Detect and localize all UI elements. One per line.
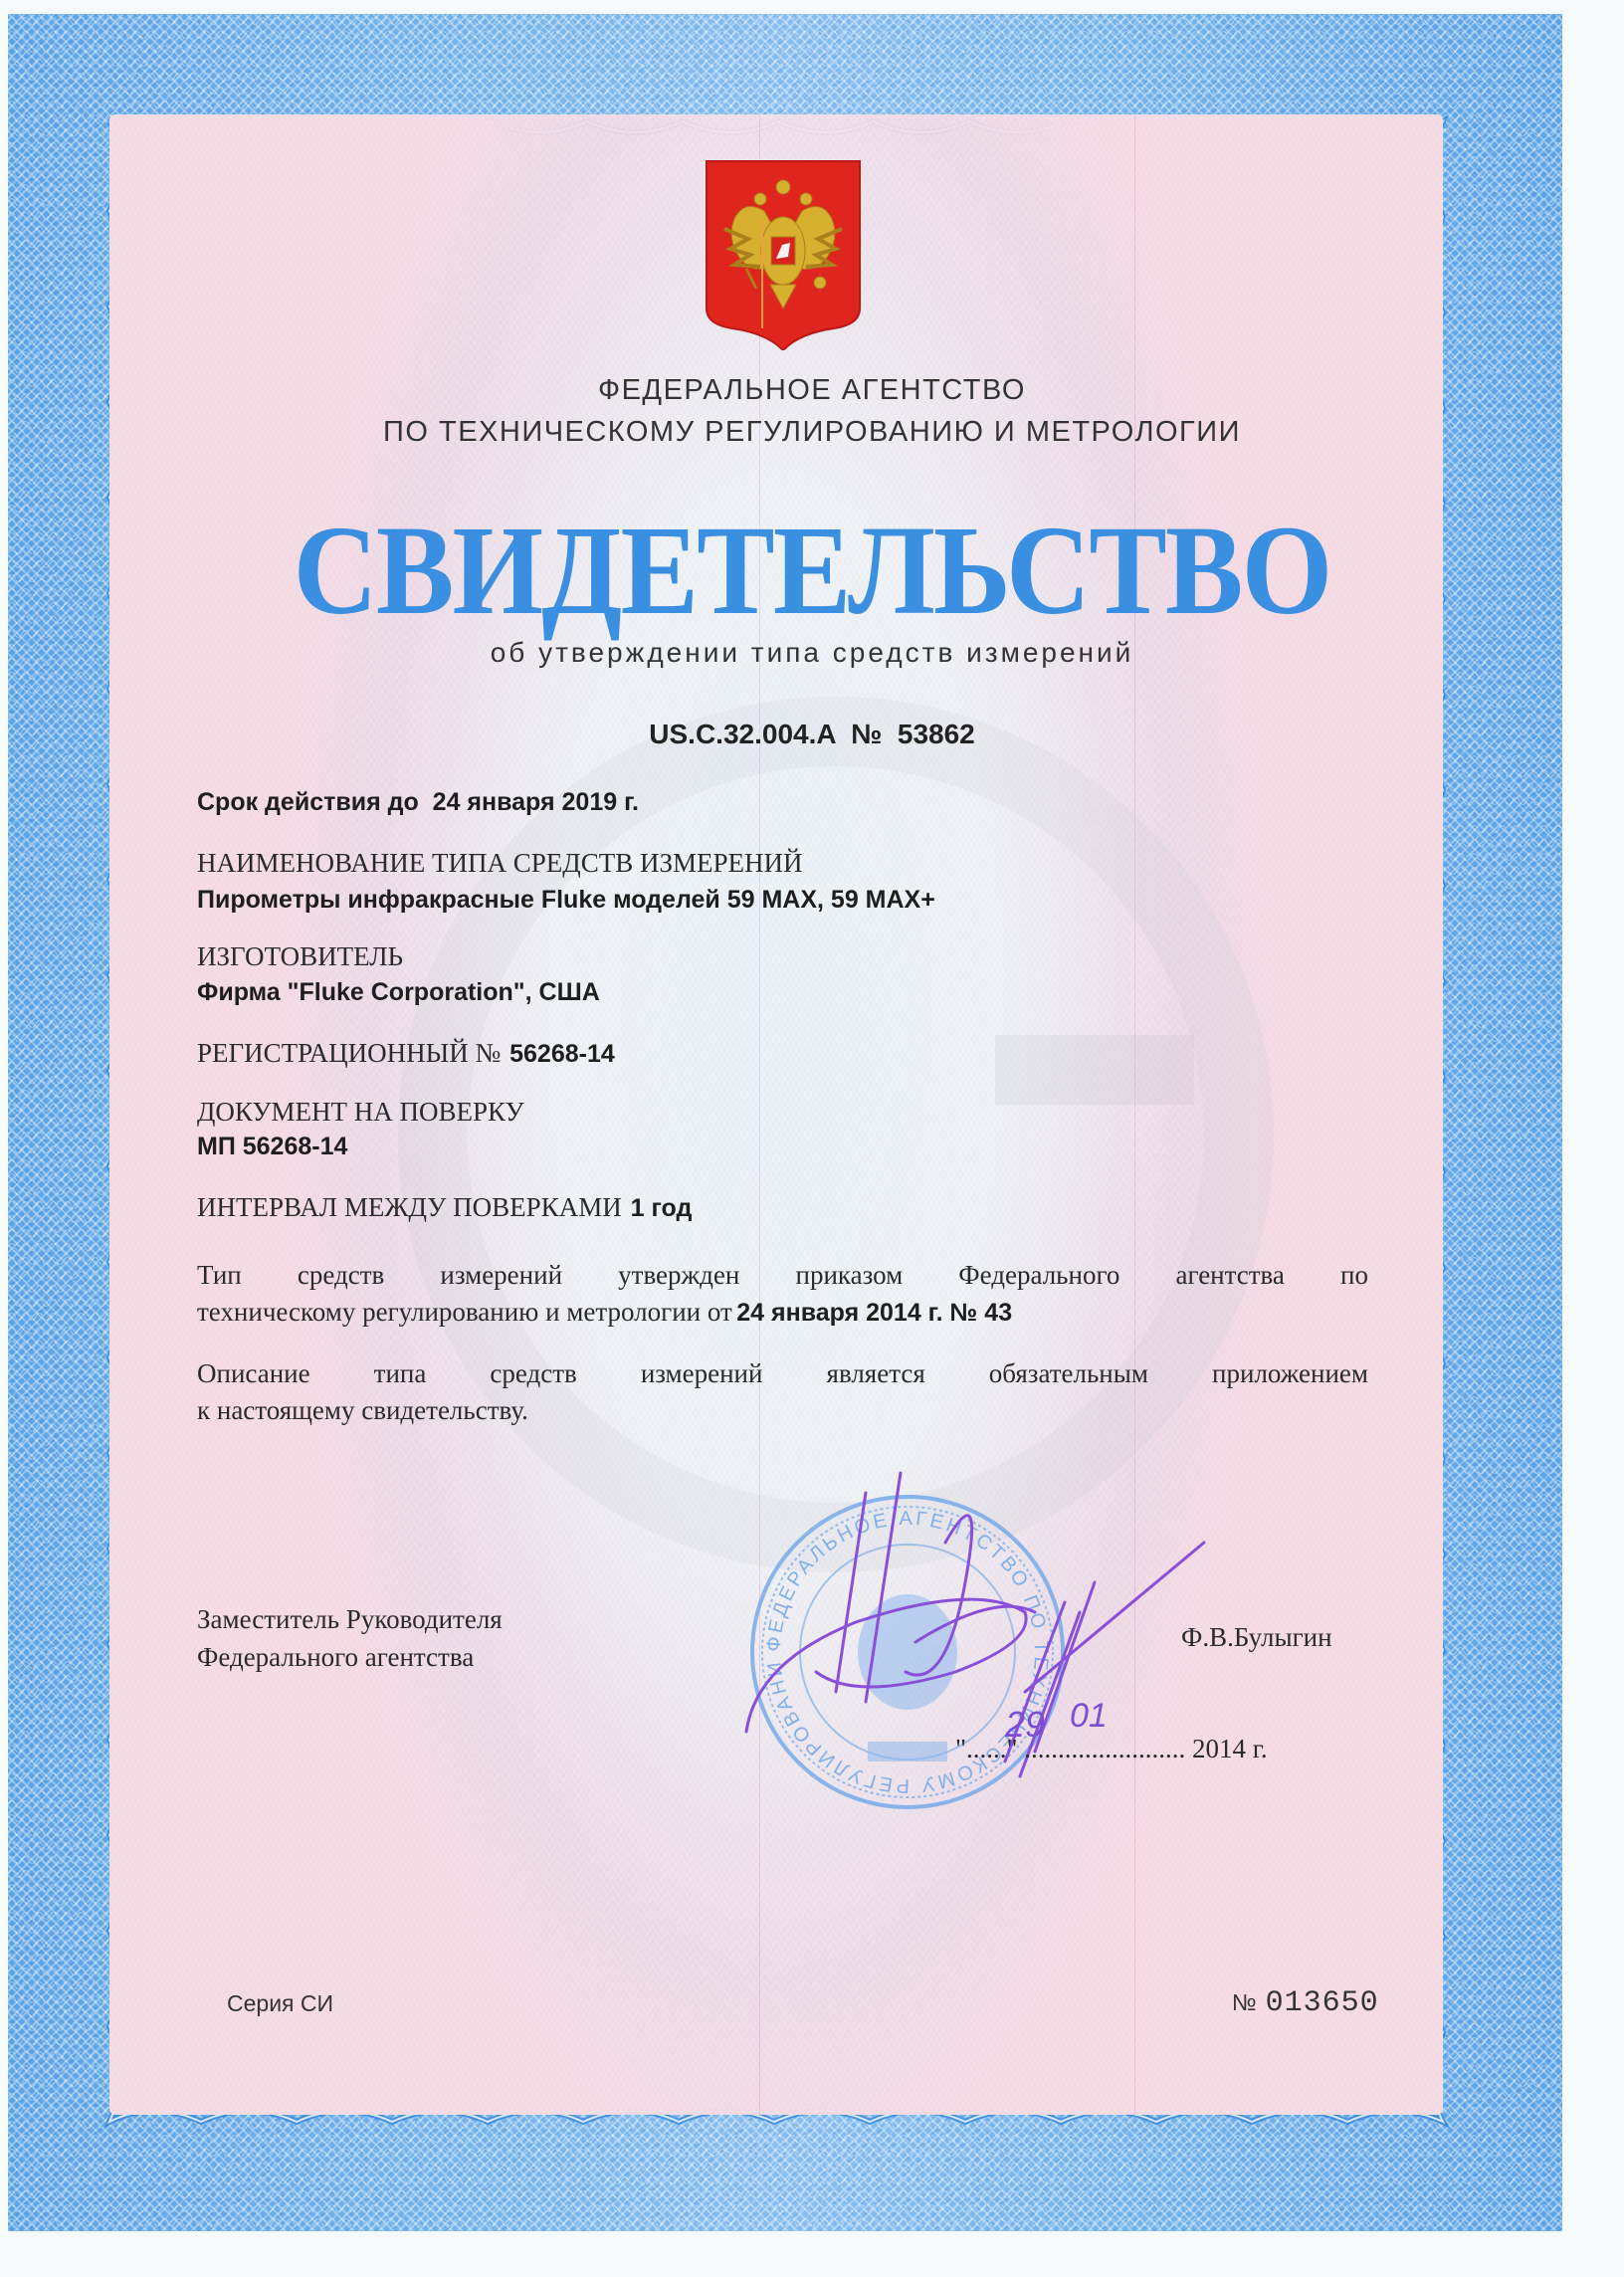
serial-prefix: № [1232, 1989, 1257, 2015]
interval-row: ИНТЕРВАЛ МЕЖДУ ПОВЕРКАМИ 1 год [197, 1192, 692, 1223]
agency-name-line1: ФЕДЕРАЛЬНОЕ АГЕНТСТВО [0, 374, 1624, 407]
description-line2: к настоящему свидетельству. [197, 1395, 528, 1426]
handwritten-month: 01 [1070, 1697, 1108, 1736]
validity-label: Срок действия до [197, 788, 419, 816]
validity-row: Срок действия до 24 января 2019 г. [197, 788, 639, 817]
certificate-number: US.C.32.004.A № 53862 [0, 719, 1624, 750]
document-subtitle: об утверждении типа средств измерений [0, 637, 1624, 669]
registration-row: РЕГИСТРАЦИОННЫЙ № 56268-14 [197, 1038, 615, 1069]
interval-value: 1 год [631, 1194, 693, 1222]
agency-name-line2: ПО ТЕХНИЧЕСКОМУ РЕГУЛИРОВАНИЮ И МЕТРОЛОГ… [0, 416, 1624, 449]
signatory-title-line1: Заместитель Руководителя [197, 1604, 503, 1635]
verification-doc-label: ДОКУМЕНТ НА ПОВЕРКУ [197, 1097, 524, 1128]
document-title: СВИДЕТЕЛЬСТВО [65, 498, 1558, 644]
approval-text-line1: Тип средств измерений утвержден приказом… [197, 1260, 1368, 1291]
manufacturer-value: Фирма "Fluke Corporation", США [197, 978, 600, 1007]
validity-date: 24 января 2019 г. [433, 788, 639, 816]
serial-number-row: № 013650 [1232, 1986, 1379, 2020]
type-name-label: НАИМЕНОВАНИЕ ТИПА СРЕДСТВ ИЗМЕРЕНИЙ [197, 848, 803, 879]
verification-doc-value: МП 56268-14 [197, 1133, 347, 1161]
registration-value: 56268-14 [509, 1040, 615, 1068]
approval-text-line2: техническому регулированию и метрологии … [197, 1297, 1012, 1328]
interval-label: ИНТЕРВАЛ МЕЖДУ ПОВЕРКАМИ [197, 1192, 622, 1222]
manufacturer-label: ИЗГОТОВИТЕЛЬ [197, 941, 403, 972]
approval-text-prefix: техническому регулированию и метрологии … [197, 1297, 732, 1327]
date-line: "......" ........................ 2014 г… [955, 1734, 1268, 1764]
coat-of-arms-icon [705, 159, 862, 350]
approval-order-ref: 24 января 2014 г. № 43 [736, 1299, 1012, 1327]
serial-number: 013650 [1266, 1986, 1379, 2020]
description-line1: Описание типа средств измерений является… [197, 1358, 1368, 1389]
series-label: Серия СИ [227, 1990, 333, 2017]
signatory-title-line2: Федерального агентства [197, 1642, 474, 1673]
type-name-value: Пирометры инфракрасные Fluke моделей 59 … [197, 886, 935, 915]
signature-icon [736, 1433, 1333, 1831]
background-watermark-bar [995, 1035, 1194, 1105]
registration-label: РЕГИСТРАЦИОННЫЙ № [197, 1038, 501, 1068]
